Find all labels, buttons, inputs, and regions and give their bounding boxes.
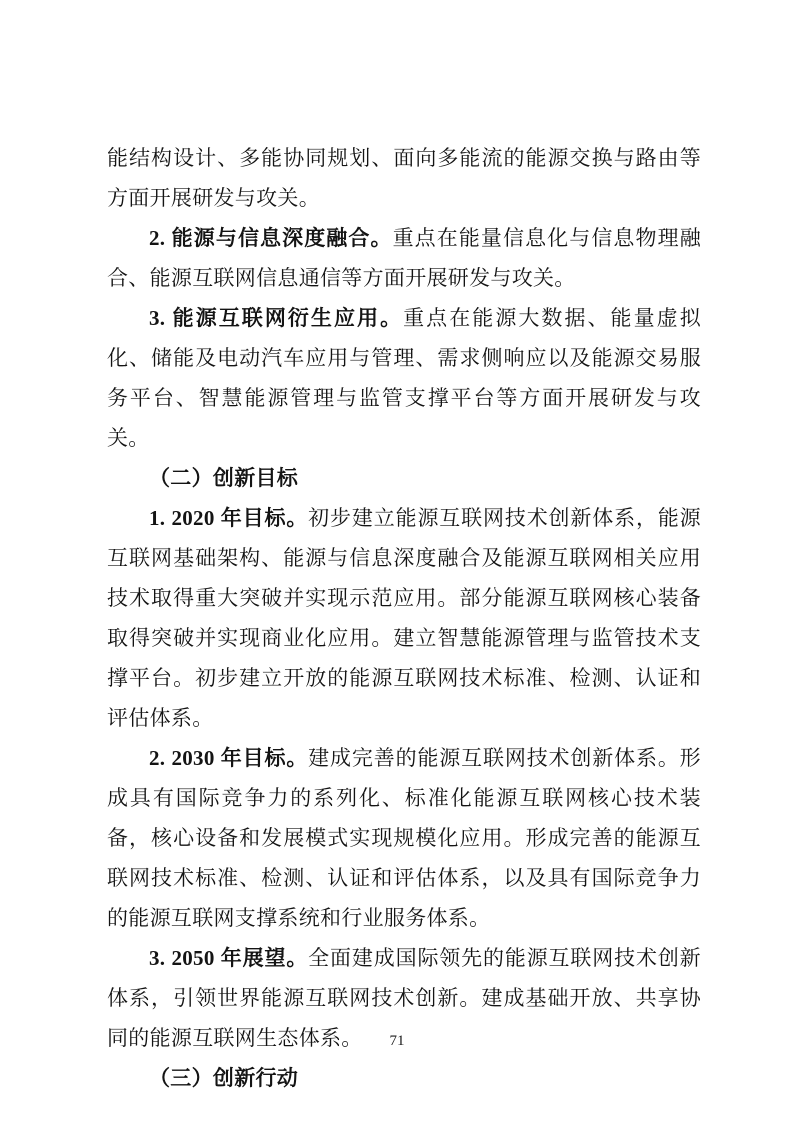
section-heading-innovation-goals: （二）创新目标 [107,458,701,498]
paragraph-goal-2020: 1. 2020 年目标。初步建立能源互联网技术创新体系，能源互联网基础架构、能源… [107,498,701,738]
paragraph-lead: 3. 能源互联网衍生应用。 [149,306,403,330]
paragraph-item-3-derived-applications: 3. 能源互联网衍生应用。重点在能源大数据、能量虚拟化、储能及电动汽车应用与管理… [107,298,701,458]
paragraph-lead: 2. 能源与信息深度融合。 [149,226,393,250]
section-heading-innovation-actions: （三）创新行动 [107,1058,701,1098]
document-body: 能结构设计、多能协同规划、面向多能流的能源交换与路由等方面开展研发与攻关。 2.… [107,138,701,1098]
paragraph-goal-2030: 2. 2030 年目标。建成完善的能源互联网技术创新体系。形成具有国际竞争力的系… [107,738,701,938]
paragraph-text: 初步建立能源互联网技术创新体系，能源互联网基础架构、能源与信息深度融合及能源互联… [107,506,701,730]
paragraph-lead: 1. 2020 年目标。 [149,506,308,530]
paragraph-continuation: 能结构设计、多能协同规划、面向多能流的能源交换与路由等方面开展研发与攻关。 [107,138,701,218]
heading-text: （三）创新行动 [149,1066,298,1090]
paragraph-text: 能结构设计、多能协同规划、面向多能流的能源交换与路由等方面开展研发与攻关。 [107,146,701,210]
page-number: 71 [0,1033,794,1050]
heading-text: （二）创新目标 [149,466,298,490]
paragraph-item-2-energy-info-fusion: 2. 能源与信息深度融合。重点在能量信息化与信息物理融合、能源互联网信息通信等方… [107,218,701,298]
paragraph-lead: 3. 2050 年展望。 [149,946,308,970]
paragraph-lead: 2. 2030 年目标。 [149,746,308,770]
paragraph-text: 建成完善的能源互联网技术创新体系。形成具有国际竞争力的系列化、标准化能源互联网核… [107,746,701,930]
document-page: 能结构设计、多能协同规划、面向多能流的能源交换与路由等方面开展研发与攻关。 2.… [0,0,794,1123]
